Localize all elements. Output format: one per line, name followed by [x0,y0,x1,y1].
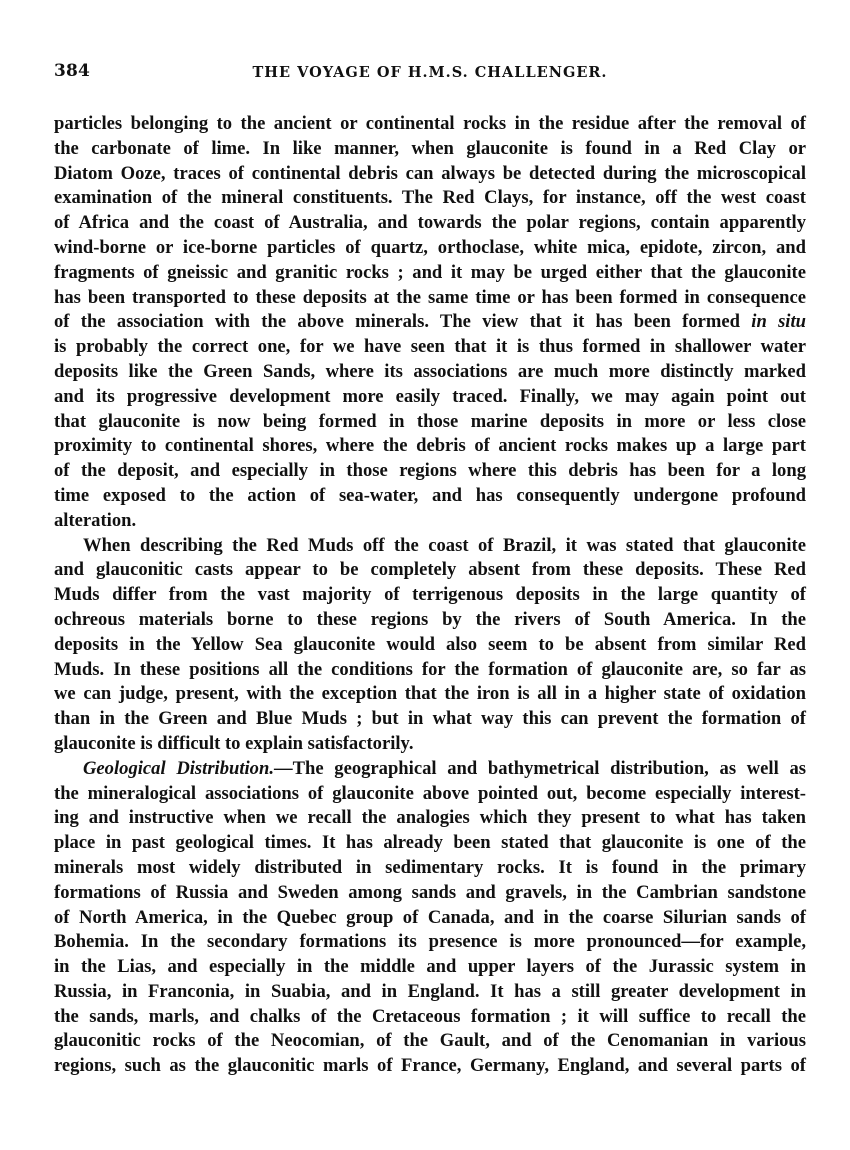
text-fragment: of the association with the above minera… [54,311,751,332]
text-line: we can judge, present, with the exceptio… [54,682,806,707]
text-line: the mineralogical associations of glauco… [54,782,806,807]
text-line: the carbonate of lime. In like manner, w… [54,137,806,162]
text-fragment: —The geographical and bathymetrical dist… [274,758,806,779]
text-line: Muds. In these positions all the conditi… [54,658,806,683]
text-line: place in past geological times. It has a… [54,831,806,856]
text-line: deposits like the Green Sands, where its… [54,360,806,385]
text-line: When describing the Red Muds off the coa… [54,534,806,559]
text-line: of Africa and the coast of Australia, an… [54,211,806,236]
text-line: is probably the correct one, for we have… [54,335,806,360]
text-line: proximity to continental shores, where t… [54,434,806,459]
text-line-with-heading: Geological Distribution.—The geographica… [54,757,806,782]
text-line: and glauconitic casts appear to be compl… [54,558,806,583]
paragraph-red-muds: When describing the Red Muds off the coa… [54,534,806,757]
text-line-with-italic: of the association with the above minera… [54,310,806,335]
text-line: formations of Russia and Sweden among sa… [54,881,806,906]
text-line: glauconite is difficult to explain satis… [54,732,806,757]
text-line: particles belonging to the ancient or co… [54,112,806,137]
text-line: time exposed to the action of sea-water,… [54,484,806,509]
text-line: Muds differ from the vast majority of te… [54,583,806,608]
text-line: Russia, in Franconia, in Suabia, and in … [54,980,806,1005]
text-line: ochreous materials borne to these region… [54,608,806,633]
paragraph-continuation: particles belonging to the ancient or co… [54,112,806,534]
text-line: Bohemia. In the secondary formations its… [54,930,806,955]
text-line: glauconitic rocks of the Neocomian, of t… [54,1029,806,1054]
text-line: Diatom Ooze, traces of continental debri… [54,162,806,187]
running-title: THE VOYAGE OF H.M.S. CHALLENGER. [54,64,806,81]
text-line: wind-borne or ice-borne particles of qua… [54,236,806,261]
text-line: deposits in the Yellow Sea glauconite wo… [54,633,806,658]
text-line: than in the Green and Blue Muds ; but in… [54,707,806,732]
text-line: in the Lias, and especially in the middl… [54,955,806,980]
text-line: the sands, marls, and chalks of the Cret… [54,1005,806,1030]
text-line: ing and instructive when we recall the a… [54,806,806,831]
italic-term: in situ [751,311,806,332]
paragraph-geological-distribution: Geological Distribution.—The geographica… [54,757,806,1079]
text-line: that glauconite is now being formed in t… [54,410,806,435]
section-heading: Geological Distribution. [83,758,274,779]
text-line: minerals most widely distributed in sedi… [54,856,806,881]
text-line: and its progressive development more eas… [54,385,806,410]
text-line: fragments of gneissic and granitic rocks… [54,261,806,286]
text-line: alteration. [54,509,806,534]
running-head: 384 THE VOYAGE OF H.M.S. CHALLENGER. [54,61,806,85]
text-line: of North America, in the Quebec group of… [54,906,806,931]
text-line: regions, such as the glauconitic marls o… [54,1054,806,1079]
text-line: examination of the mineral constituents.… [54,186,806,211]
text-line: of the deposit, and especially in those … [54,459,806,484]
text-line: has been transported to these deposits a… [54,286,806,311]
body-text: particles belonging to the ancient or co… [54,112,806,1079]
